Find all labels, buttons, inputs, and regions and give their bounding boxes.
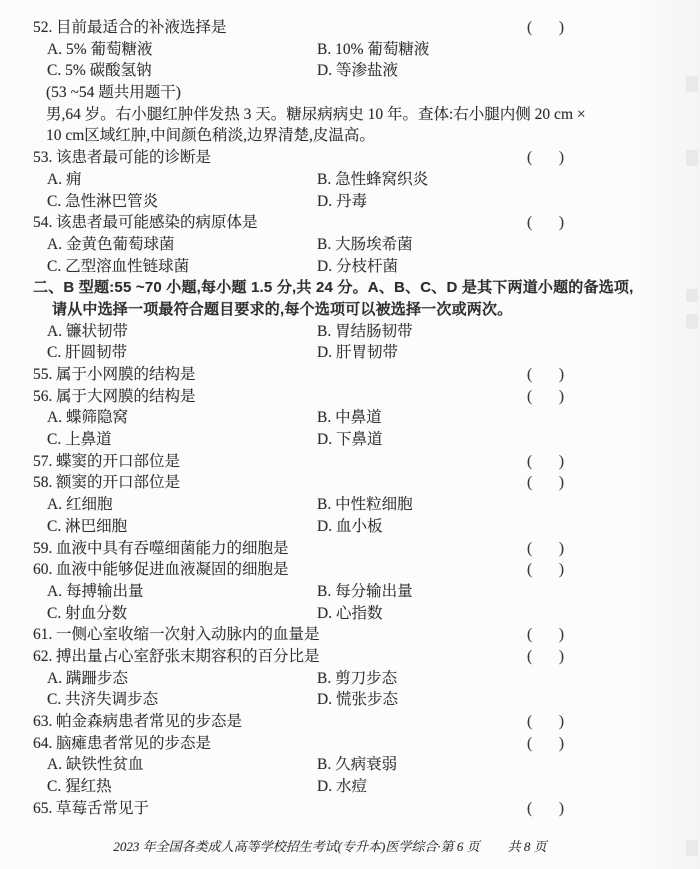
options-line: C. 乙型溶血性链球菌D. 分枝杆菌 xyxy=(0,256,700,278)
options-line: A. 镰状韧带B. 胃结肠韧带 xyxy=(0,321,700,343)
bracket-close: ) xyxy=(559,798,564,820)
bracket-close: ) xyxy=(559,212,564,234)
page-footer: 2023 年全国各类成人高等学校招生考试(专升本)医学综合·第 6 页共 8 页 xyxy=(0,836,660,855)
question-text: 该患者最可能的诊断是 xyxy=(56,147,211,169)
answer-brackets: () xyxy=(527,559,564,581)
question-number: 65. xyxy=(33,798,52,820)
question-text: 草莓舌常见于 xyxy=(56,798,149,820)
bracket-open: ( xyxy=(527,646,532,668)
question-text: 目前最适合的补液选择是 xyxy=(56,17,227,39)
stem-text: 10 cm区域红肿,中间颜色稍淡,边界清楚,皮温高。 xyxy=(46,125,375,147)
bracket-open: ( xyxy=(527,624,532,646)
question-line: 65.草莓舌常见于() xyxy=(0,798,700,820)
question-text: 帕金森病患者常见的步态是 xyxy=(56,711,242,733)
bracket-close: ) xyxy=(559,624,564,646)
bracket-close: ) xyxy=(559,538,564,560)
answer-brackets: () xyxy=(527,624,564,646)
option-a: C. 猩红热 xyxy=(47,776,112,798)
section-heading-continued: 请从中选择一项最符合题目要求的,每个选项可以被选择一次或两次。 xyxy=(52,301,512,318)
bracket-open: ( xyxy=(527,386,532,408)
bracket-open: ( xyxy=(527,472,532,494)
question-number: 58. xyxy=(33,472,52,494)
exam-lines: 52.目前最适合的补液选择是()A. 5% 葡萄糖液B. 10% 葡萄糖液C. … xyxy=(0,17,700,819)
option-a: A. 红细胞 xyxy=(47,494,112,516)
option-a: A. 蝶筛隐窝 xyxy=(47,407,128,429)
option-a: C. 共济失调步态 xyxy=(47,689,158,711)
answer-brackets: () xyxy=(527,538,564,560)
option-b: B. 急性蜂窝织炎 xyxy=(317,169,428,191)
question-line: 54.该患者最可能感染的病原体是() xyxy=(0,212,700,234)
question-line: 61.一侧心室收缩一次射入动脉内的血量是() xyxy=(0,624,700,646)
options-line: C. 急性淋巴管炎D. 丹毒 xyxy=(0,191,700,213)
question-line: 62.搏出量占心室舒张末期容积的百分比是() xyxy=(0,646,700,668)
option-b: B. 10% 葡萄糖液 xyxy=(317,39,429,61)
option-b: D. 分枝杆菌 xyxy=(317,256,398,278)
scan-artifact xyxy=(686,840,698,856)
answer-brackets: () xyxy=(527,711,564,733)
section-line: 二、B 型题:55 ~70 小题,每小题 1.5 分,共 24 分。A、B、C、… xyxy=(0,277,700,299)
option-a: C. 肝圆韧带 xyxy=(47,342,127,364)
option-b: B. 大肠埃希菌 xyxy=(317,234,413,256)
option-b: B. 胃结肠韧带 xyxy=(317,321,413,343)
option-a: A. 金黄色葡萄球菌 xyxy=(47,234,174,256)
question-line: 58.额窦的开口部位是() xyxy=(0,472,700,494)
options-line: A. 红细胞B. 中性粒细胞 xyxy=(0,494,700,516)
question-line: 59.血液中具有吞噬细菌能力的细胞是() xyxy=(0,538,700,560)
options-line: A. 金黄色葡萄球菌B. 大肠埃希菌 xyxy=(0,234,700,256)
option-a: A. 缺铁性贫血 xyxy=(47,754,143,776)
question-number: 63. xyxy=(33,711,52,733)
stem-text: (53 ~54 题共用题干) xyxy=(46,82,181,104)
bracket-close: ) xyxy=(559,17,564,39)
options-line: A. 蝶筛隐窝B. 中鼻道 xyxy=(0,407,700,429)
option-a: C. 急性淋巴管炎 xyxy=(47,191,158,213)
question-text: 属于小网膜的结构是 xyxy=(56,364,196,386)
option-a: C. 射血分数 xyxy=(47,603,127,625)
bracket-open: ( xyxy=(527,147,532,169)
bracket-close: ) xyxy=(559,733,564,755)
section-number: 二、 xyxy=(33,279,63,296)
option-a: A. 痈 xyxy=(47,169,81,191)
option-a: C. 乙型溶血性链球菌 xyxy=(47,256,189,278)
question-line: 64.脑瘫患者常见的步态是() xyxy=(0,733,700,755)
bracket-open: ( xyxy=(527,17,532,39)
footer-total-pages: 共 8 页 xyxy=(508,839,547,854)
bracket-open: ( xyxy=(527,711,532,733)
bracket-close: ) xyxy=(559,559,564,581)
option-b: D. 心指数 xyxy=(317,603,382,625)
answer-brackets: () xyxy=(527,147,564,169)
question-line: 63.帕金森病患者常见的步态是() xyxy=(0,711,700,733)
question-text: 属于大网膜的结构是 xyxy=(56,386,196,408)
options-line: C. 肝圆韧带D. 肝胃韧带 xyxy=(0,342,700,364)
option-b: D. 等渗盐液 xyxy=(317,60,398,82)
option-b: D. 丹毒 xyxy=(317,191,367,213)
option-a: A. 镰状韧带 xyxy=(47,321,128,343)
options-line: A. 5% 葡萄糖液B. 10% 葡萄糖液 xyxy=(0,39,700,61)
question-number: 53. xyxy=(33,147,52,169)
option-b: B. 剪刀步态 xyxy=(317,668,397,690)
option-b: B. 久病衰弱 xyxy=(317,754,397,776)
scan-artifact xyxy=(686,76,698,92)
options-line: A. 缺铁性贫血B. 久病衰弱 xyxy=(0,754,700,776)
question-text: 血液中具有吞噬细菌能力的细胞是 xyxy=(56,538,289,560)
option-b: D. 肝胃韧带 xyxy=(317,342,398,364)
option-b: D. 慌张步态 xyxy=(317,689,398,711)
options-line: A. 蹒跚步态B. 剪刀步态 xyxy=(0,668,700,690)
stem-line: (53 ~54 题共用题干) xyxy=(0,82,700,104)
option-a: A. 每搏输出量 xyxy=(47,581,143,603)
bracket-close: ) xyxy=(559,472,564,494)
option-a: A. 蹒跚步态 xyxy=(47,668,128,690)
scan-artifact xyxy=(686,289,698,302)
options-line: A. 痈B. 急性蜂窝织炎 xyxy=(0,169,700,191)
option-a: C. 淋巴细胞 xyxy=(47,516,127,538)
options-line: C. 淋巴细胞D. 血小板 xyxy=(0,516,700,538)
options-line: A. 每搏输出量B. 每分输出量 xyxy=(0,581,700,603)
option-b: B. 中性粒细胞 xyxy=(317,494,413,516)
answer-brackets: () xyxy=(527,386,564,408)
option-b: D. 水痘 xyxy=(317,776,367,798)
scan-artifact xyxy=(686,150,698,166)
bracket-open: ( xyxy=(527,559,532,581)
exam-paper-page: 52.目前最适合的补液选择是()A. 5% 葡萄糖液B. 10% 葡萄糖液C. … xyxy=(0,0,700,869)
question-number: 52. xyxy=(33,17,52,39)
options-line: C. 5% 碳酸氢钠D. 等渗盐液 xyxy=(0,60,700,82)
question-number: 57. xyxy=(33,451,52,473)
question-number: 60. xyxy=(33,559,52,581)
bracket-open: ( xyxy=(527,798,532,820)
question-number: 61. xyxy=(33,624,52,646)
question-number: 54. xyxy=(33,212,52,234)
section-heading-text: B 型题:55 ~70 小题,每小题 1.5 分,共 24 分。A、B、C、D … xyxy=(63,279,633,296)
bracket-open: ( xyxy=(527,364,532,386)
answer-brackets: () xyxy=(527,646,564,668)
bracket-close: ) xyxy=(559,386,564,408)
option-a: A. 5% 葡萄糖液 xyxy=(47,39,152,61)
options-line: C. 共济失调步态D. 慌张步态 xyxy=(0,689,700,711)
answer-brackets: () xyxy=(527,364,564,386)
option-b: B. 中鼻道 xyxy=(317,407,382,429)
question-line: 53.该患者最可能的诊断是() xyxy=(0,147,700,169)
stem-line: 男,64 岁。右小腿红肿伴发热 3 天。糖尿病病史 10 年。查体:右小腿内侧 … xyxy=(0,104,700,126)
option-a: C. 上鼻道 xyxy=(47,429,112,451)
bracket-close: ) xyxy=(559,711,564,733)
question-text: 搏出量占心室舒张末期容积的百分比是 xyxy=(56,646,320,668)
question-number: 64. xyxy=(33,733,52,755)
bracket-close: ) xyxy=(559,451,564,473)
footer-exam-title: 2023 年全国各类成人高等学校招生考试(专升本)医学综合·第 6 页 xyxy=(113,839,479,854)
question-line: 60.血液中能够促进血液凝固的细胞是() xyxy=(0,559,700,581)
options-line: C. 猩红热D. 水痘 xyxy=(0,776,700,798)
question-number: 62. xyxy=(33,646,52,668)
answer-brackets: () xyxy=(527,212,564,234)
question-text: 该患者最可能感染的病原体是 xyxy=(56,212,258,234)
scan-artifact xyxy=(686,314,698,329)
options-line: C. 射血分数D. 心指数 xyxy=(0,603,700,625)
question-number: 59. xyxy=(33,538,52,560)
answer-brackets: () xyxy=(527,17,564,39)
question-number: 56. xyxy=(33,386,52,408)
question-text: 脑瘫患者常见的步态是 xyxy=(56,733,211,755)
answer-brackets: () xyxy=(527,451,564,473)
option-b: D. 血小板 xyxy=(317,516,382,538)
answer-brackets: () xyxy=(527,472,564,494)
question-line: 52.目前最适合的补液选择是() xyxy=(0,17,700,39)
bracket-close: ) xyxy=(559,646,564,668)
bracket-close: ) xyxy=(559,364,564,386)
question-number: 55. xyxy=(33,364,52,386)
question-text: 血液中能够促进血液凝固的细胞是 xyxy=(56,559,289,581)
bracket-open: ( xyxy=(527,733,532,755)
section2-line: 请从中选择一项最符合题目要求的,每个选项可以被选择一次或两次。 xyxy=(0,299,700,321)
bracket-open: ( xyxy=(527,212,532,234)
bracket-open: ( xyxy=(527,451,532,473)
answer-brackets: () xyxy=(527,798,564,820)
option-b: B. 每分输出量 xyxy=(317,581,413,603)
question-line: 57.蝶窦的开口部位是() xyxy=(0,451,700,473)
bracket-close: ) xyxy=(559,147,564,169)
options-line: C. 上鼻道D. 下鼻道 xyxy=(0,429,700,451)
question-line: 56.属于大网膜的结构是() xyxy=(0,386,700,408)
option-b: D. 下鼻道 xyxy=(317,429,382,451)
question-text: 蝶窦的开口部位是 xyxy=(56,451,180,473)
stem-line: 10 cm区域红肿,中间颜色稍淡,边界清楚,皮温高。 xyxy=(0,125,700,147)
bracket-open: ( xyxy=(527,538,532,560)
question-text: 一侧心室收缩一次射入动脉内的血量是 xyxy=(56,624,320,646)
question-text: 额窦的开口部位是 xyxy=(56,472,180,494)
option-a: C. 5% 碳酸氢钠 xyxy=(47,60,152,82)
question-line: 55.属于小网膜的结构是() xyxy=(0,364,700,386)
stem-text: 男,64 岁。右小腿红肿伴发热 3 天。糖尿病病史 10 年。查体:右小腿内侧 … xyxy=(46,104,586,126)
answer-brackets: () xyxy=(527,733,564,755)
